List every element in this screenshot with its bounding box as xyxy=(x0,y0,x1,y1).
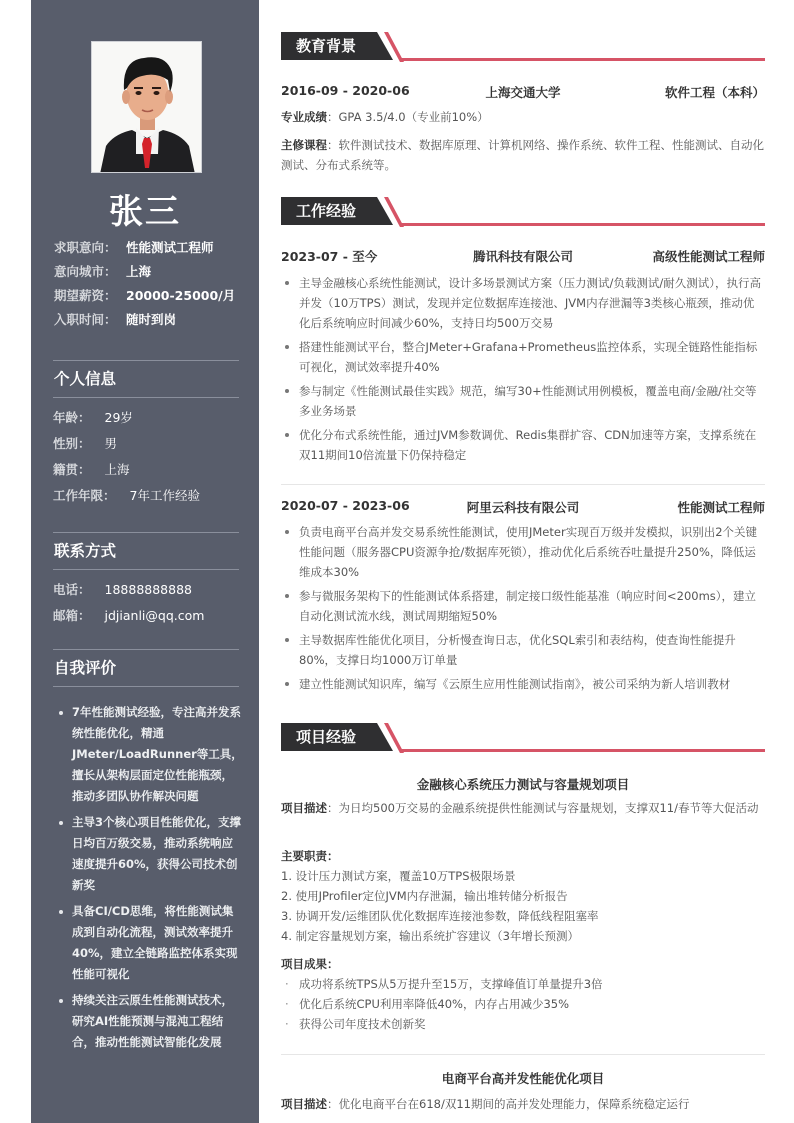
personal-info-list: 年龄：29岁 性别：男 籍贯：上海 工作年限：7年工作经验 xyxy=(53,405,239,509)
education-courses: 主修课程：软件测试技术、数据库原理、计算机网络、操作系统、软件工程、性能测试、自… xyxy=(281,135,765,175)
project-results-label: 项目成果： xyxy=(281,956,339,972)
basic-info: 求职意向：性能测试工程师 意向城市：上海 期望薪资：20000-25000/月 … xyxy=(54,236,235,332)
project-duties-list: 1. 设计压力测试方案，覆盖10万TPS极限场景 2. 使用JProfiler定… xyxy=(281,866,765,946)
duty-item: 4. 制定容量规划方案，输出系统扩容建议（3年增长预测） xyxy=(281,926,765,946)
project-duties-label: 主要职责： xyxy=(281,848,339,864)
self-eval-list: 7年性能测试经验，专注高并发系统性能优化，精通JMeter/LoadRunner… xyxy=(53,702,243,1058)
divider xyxy=(281,1054,765,1055)
info-row-gender: 性别：男 xyxy=(53,431,239,457)
personal-info-section: 个人信息 年龄：29岁 性别：男 籍贯：上海 工作年限：7年工作经验 xyxy=(53,360,239,509)
accent-line xyxy=(400,749,765,752)
divider xyxy=(53,397,239,398)
contact-section: 联系方式 电话：18888888888 邮箱：jdjianli@qq.com xyxy=(53,532,239,629)
contact-row-email: 邮箱：jdjianli@qq.com xyxy=(53,603,239,629)
section-title: 自我评价 xyxy=(53,650,239,686)
contact-list: 电话：18888888888 邮箱：jdjianli@qq.com xyxy=(53,577,239,629)
accent-line xyxy=(400,58,765,61)
info-row-age: 年龄：29岁 xyxy=(53,405,239,431)
contact-row-phone: 电话：18888888888 xyxy=(53,577,239,603)
basic-row-salary: 期望薪资：20000-25000/月 xyxy=(54,284,235,308)
section-title: 联系方式 xyxy=(53,533,239,569)
job-bullets: 负责电商平台高并发交易系统性能测试，使用JMeter实现百万级并发模拟，识别出2… xyxy=(281,522,765,698)
section-title: 教育背景 xyxy=(281,32,393,60)
basic-row-city: 意向城市：上海 xyxy=(54,260,235,284)
info-row-hometown: 籍贯：上海 xyxy=(53,457,239,483)
avatar-photo xyxy=(91,41,202,173)
job-role: 高级性能测试工程师 xyxy=(652,247,765,265)
job-bullet: 建立性能测试知识库，编写《云原生应用性能测试指南》，被公司采纳为新人培训教材 xyxy=(281,674,765,694)
projects-header: 项目经验 xyxy=(281,723,765,751)
divider xyxy=(281,484,765,485)
job-bullet: 参与微服务架构下的性能测试体系搭建，制定接口级性能基准（响应时间<200ms），… xyxy=(281,586,765,626)
job-bullet: 优化分布式系统性能，通过JVM参数调优、Redis集群扩容、CDN加速等方案，支… xyxy=(281,425,765,465)
section-title: 工作经验 xyxy=(281,197,393,225)
result-item: ·成功将系统TPS从5万提升至15万，支撑峰值订单量提升3倍 xyxy=(281,974,765,994)
education-major: 软件工程（本科） xyxy=(665,83,765,101)
avatar-illustration-icon xyxy=(92,42,202,173)
project-results-list: ·成功将系统TPS从5万提升至15万，支撑峰值订单量提升3倍 ·优化后系统CPU… xyxy=(281,974,765,1034)
basic-row-start-date: 入职时间：随时到岗 xyxy=(54,308,235,332)
self-eval-item: 持续关注云原生性能测试技术，研究AI性能预测与混沌工程结合，推动性能测试智能化发… xyxy=(53,990,243,1053)
candidate-name: 张三 xyxy=(31,184,259,233)
education-gpa: 专业成绩：GPA 3.5/4.0（专业前10%） xyxy=(281,107,765,127)
basic-row-job-intent: 求职意向：性能测试工程师 xyxy=(54,236,235,260)
result-item: ·优化后系统CPU利用率降低40%，内存占用减少35% xyxy=(281,994,765,1014)
job-row: 2023-07 - 至今 腾讯科技有限公司 高级性能测试工程师 xyxy=(281,247,765,267)
job-bullet: 参与制定《性能测试最佳实践》规范，编写30+性能测试用例模板，覆盖电商/金融/社… xyxy=(281,381,765,421)
info-row-experience: 工作年限：7年工作经验 xyxy=(53,483,239,509)
divider xyxy=(53,569,239,570)
job-bullet: 负责电商平台高并发交易系统性能测试，使用JMeter实现百万级并发模拟，识别出2… xyxy=(281,522,765,582)
duty-item: 1. 设计压力测试方案，覆盖10万TPS极限场景 xyxy=(281,866,765,886)
duty-item: 3. 协调开发/运维团队优化数据库连接池参数，降低线程阻塞率 xyxy=(281,906,765,926)
project-title: 金融核心系统压力测试与容量规划项目 xyxy=(281,775,765,793)
sidebar: 张三 求职意向：性能测试工程师 意向城市：上海 期望薪资：20000-25000… xyxy=(31,0,259,1123)
job-row: 2020-07 - 2023-06 阿里云科技有限公司 性能测试工程师 xyxy=(281,498,765,518)
job-bullets: 主导金融核心系统性能测试，设计多场景测试方案（压力测试/负载测试/耐久测试），执… xyxy=(281,273,765,469)
job-role: 性能测试工程师 xyxy=(677,498,765,516)
section-title: 项目经验 xyxy=(281,723,393,751)
self-eval-item: 主导3个核心项目性能优化，支撑日均百万级交易，推动系统响应速度提升60%，获得公… xyxy=(53,812,243,896)
education-header: 教育背景 xyxy=(281,32,765,60)
job-bullet: 主导数据库性能优化项目，分析慢查询日志，优化SQL索引和表结构，使查询性能提升8… xyxy=(281,630,765,670)
job-bullet: 搭建性能测试平台，整合JMeter+Grafana+Prometheus监控体系… xyxy=(281,337,765,377)
job-bullet: 主导金融核心系统性能测试，设计多场景测试方案（压力测试/负载测试/耐久测试），执… xyxy=(281,273,765,333)
self-eval-item: 具备CI/CD思维，将性能测试集成到自动化流程，测试效率提升40%，建立全链路监… xyxy=(53,901,243,985)
divider xyxy=(53,686,239,687)
education-row: 2016-09 - 2020-06 上海交通大学 软件工程（本科） xyxy=(281,83,765,103)
section-title: 个人信息 xyxy=(53,361,239,397)
project-title: 电商平台高并发性能优化项目 xyxy=(281,1069,765,1087)
self-eval-item: 7年性能测试经验，专注高并发系统性能优化，精通JMeter/LoadRunner… xyxy=(53,702,243,807)
result-item: ·获得公司年度技术创新奖 xyxy=(281,1014,765,1034)
accent-line xyxy=(400,223,765,226)
self-eval-section: 自我评价 xyxy=(53,649,239,687)
work-header: 工作经验 xyxy=(281,197,765,225)
project-description: 项目描述：优化电商平台在618/双11期间的高并发处理能力，保障系统稳定运行 xyxy=(281,1094,765,1114)
duty-item: 2. 使用JProfiler定位JVM内存泄漏，输出堆转储分析报告 xyxy=(281,886,765,906)
project-description: 项目描述：为日均500万交易的金融系统提供性能测试与容量规划，支撑双11/春节等… xyxy=(281,798,765,818)
